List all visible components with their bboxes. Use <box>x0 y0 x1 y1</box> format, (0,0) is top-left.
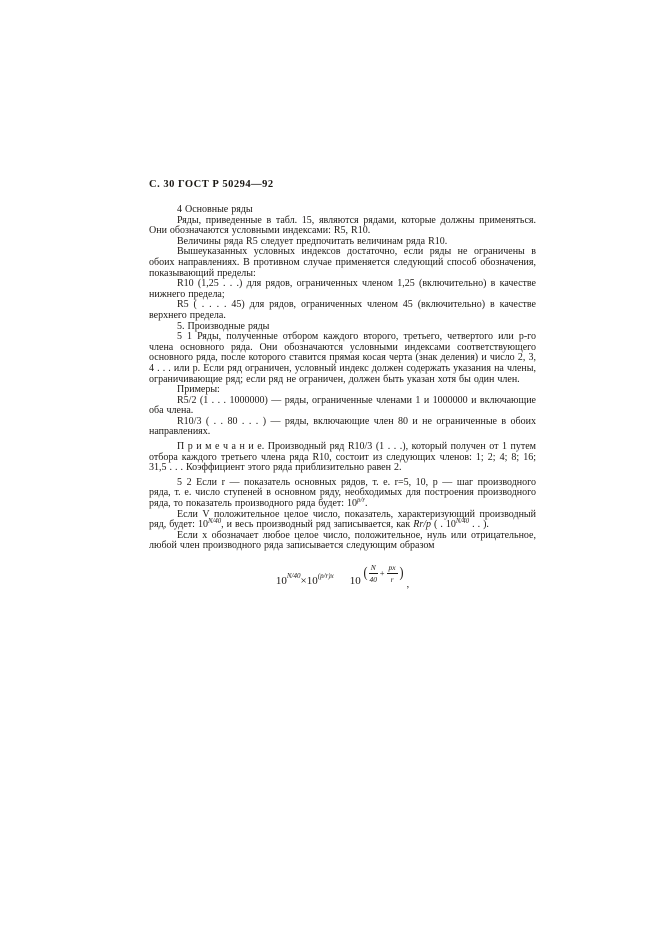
power-exponent: N/40 <box>208 518 221 525</box>
paragraph-example-r5-2: R5/2 (1 . . . 1000000) — ряды, ограничен… <box>149 396 536 417</box>
plus-sign: + <box>380 569 385 578</box>
paragraph-rows-table15: Ряды, приведенные в табл. 15, являются р… <box>149 216 536 237</box>
paragraph-5-2-tail: . <box>365 498 368 509</box>
page-header: С. 30 ГОСТ Р 50294—92 <box>149 179 536 190</box>
formula-base-2: 10 <box>307 575 318 587</box>
power-exponent: N/40 <box>456 518 469 525</box>
text-column: С. 30 ГОСТ Р 50294—92 4 Основные ряды Ря… <box>149 179 536 590</box>
section-4-heading: 4 Основные ряды <box>149 205 536 216</box>
formula: 10N/40×10(p/r)x10(N40+pxr), <box>149 564 536 590</box>
power-base: 10 <box>347 498 357 509</box>
paragraph-index-conditions: Вышеуказанных условных индексов достаточ… <box>149 247 536 279</box>
formula-base-1: 10 <box>276 575 287 587</box>
fraction-n-40: N40 <box>369 564 378 583</box>
formula-exponent-1: N/40 <box>287 572 301 580</box>
paragraph-v-text4: . . ). <box>469 519 489 530</box>
paragraph-v-text2: , и весь производный ряд записывается, к… <box>221 519 413 530</box>
power-base: 10 <box>198 519 208 530</box>
paragraph-5-2-text: 5 2 Если r — показатель основных рядов, … <box>149 477 536 509</box>
paragraph-5-2: 5 2 Если r — показатель основных рядов, … <box>149 478 536 510</box>
power-exponent: p/r <box>357 497 365 504</box>
document-page: С. 30 ГОСТ Р 50294—92 4 Основные ряды Ря… <box>0 0 661 935</box>
formula-base-3: 10 <box>350 575 361 587</box>
left-paren: ( <box>363 566 367 581</box>
paragraph-r5-upper-limit: R5 ( . . . . 45) для рядов, ограниченных… <box>149 300 536 321</box>
paragraph-example-r10-3: R10/3 ( . . 80 . . . ) — ряды, включающи… <box>149 417 536 438</box>
formula-comma: , <box>407 579 410 590</box>
paragraph-5-1: 5 1 Ряды, полученные отбором каждого вто… <box>149 332 536 385</box>
right-paren: ) <box>399 566 403 581</box>
paragraph-x-integer: Если x обозначает любое целое число, пол… <box>149 531 536 552</box>
power-base: 10 <box>446 519 456 530</box>
formula-exponent-3: (N40+pxr) <box>362 564 405 583</box>
paragraph-r10-lower-limit: R10 (1,25 . . .) для рядов, ограниченных… <box>149 279 536 300</box>
series-symbol: Rr/p <box>413 519 431 530</box>
formula-exponent-2: (p/r)x <box>318 572 334 580</box>
paragraph-v-integer: Если V положительное целое число, показа… <box>149 510 536 531</box>
note-paragraph: П р и м е ч а н и е. Производный ряд R10… <box>149 442 536 474</box>
fraction-px-r: pxr <box>387 564 398 583</box>
paragraph-v-text3: ( . <box>431 519 446 530</box>
